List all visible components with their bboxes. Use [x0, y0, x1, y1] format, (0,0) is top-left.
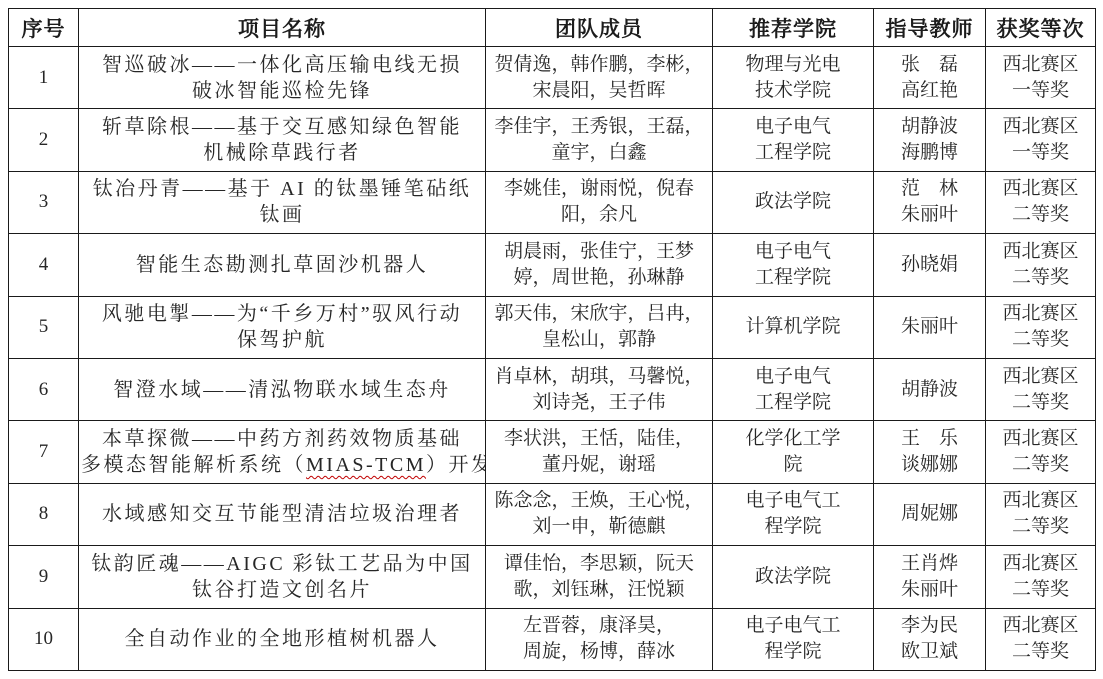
team-members-line: 歌，刘钰琳，汪悦颖 — [490, 577, 708, 603]
college-cell: 电子电气工程学院 — [713, 608, 874, 670]
award-line: 二等奖 — [990, 514, 1091, 540]
college-cell: 电子电气工程学院 — [713, 234, 874, 296]
college-line: 工程学院 — [717, 390, 869, 416]
row-number-cell: 8 — [9, 483, 79, 545]
advisor-line: 胡静波 — [878, 114, 981, 140]
project-name-line: 本草探微——中药方剂药效物质基础 — [81, 426, 483, 452]
college-line: 工程学院 — [717, 265, 869, 291]
college-cell: 物理与光电技术学院 — [713, 47, 874, 109]
award-line: 西北赛区 — [990, 52, 1091, 78]
row-number-cell: 2 — [9, 109, 79, 171]
header-cell-award: 获奖等次 — [986, 9, 1096, 47]
row-number-cell: 1 — [9, 47, 79, 109]
team-members-cell: 李姚佳，谢雨悦，倪春阳，余凡 — [486, 171, 713, 233]
award-line: 二等奖 — [990, 390, 1091, 416]
college-line: 技术学院 — [717, 78, 869, 104]
advisor-line: 朱丽叶 — [878, 202, 981, 228]
row-number-cell: 9 — [9, 546, 79, 608]
team-members-line: 李姚佳，谢雨悦，倪春 — [490, 176, 708, 202]
advisor-line: 范 林 — [878, 176, 981, 202]
advisor-line: 李为民 — [878, 613, 981, 639]
row-number-cell: 10 — [9, 608, 79, 670]
college-line: 院 — [717, 452, 869, 478]
table-body: 1智巡破冰——一体化高压输电线无损破冰智能巡检先锋贺倩逸，韩作鹏，李彬，宋晨阳，… — [9, 47, 1096, 671]
college-line: 政法学院 — [717, 564, 869, 590]
college-line: 电子电气 — [717, 364, 869, 390]
advisor-cell: 周妮娜 — [874, 483, 986, 545]
advisor-cell: 李为民欧卫斌 — [874, 608, 986, 670]
award-cell: 西北赛区二等奖 — [986, 483, 1096, 545]
advisor-cell: 张 磊高红艳 — [874, 47, 986, 109]
row-number-cell: 5 — [9, 296, 79, 358]
college-line: 电子电气 — [717, 114, 869, 140]
project-name-line: 智巡破冰——一体化高压输电线无损 — [81, 52, 483, 78]
college-cell: 电子电气工程学院 — [713, 483, 874, 545]
project-name-line: 风驰电掣——为“千乡万村”驭风行动 — [81, 301, 483, 327]
project-name-cell: 本草探微——中药方剂药效物质基础多模态智能解析系统（MIAS-TCM）开发 — [79, 421, 486, 483]
college-cell: 电子电气工程学院 — [713, 109, 874, 171]
award-cell: 西北赛区二等奖 — [986, 421, 1096, 483]
award-line: 二等奖 — [990, 639, 1091, 665]
college-cell: 化学化工学院 — [713, 421, 874, 483]
project-name-cell: 水域感知交互节能型清洁垃圾治理者 — [79, 483, 486, 545]
award-line: 西北赛区 — [990, 114, 1091, 140]
project-name-cell: 斩草除根——基于交互感知绿色智能机械除草践行者 — [79, 109, 486, 171]
project-name-line: 多模态智能解析系统（MIAS-TCM）开发 — [81, 452, 483, 478]
header-cell-project: 项目名称 — [79, 9, 486, 47]
document-page: 序号 项目名称 团队成员 推荐学院 指导教师 获奖等次 1智巡破冰——一体化高压… — [0, 0, 1103, 679]
award-cell: 西北赛区二等奖 — [986, 546, 1096, 608]
team-members-line: 谭佳怡，李思颖，阮天 — [490, 551, 708, 577]
project-name-line: 智澄水域——清泓物联水域生态舟 — [81, 377, 483, 403]
award-cell: 西北赛区二等奖 — [986, 358, 1096, 420]
award-cell: 西北赛区二等奖 — [986, 171, 1096, 233]
advisor-line: 孙晓娟 — [878, 252, 981, 278]
table-row: 5风驰电掣——为“千乡万村”驭风行动保驾护航郭天伟，宋欣宇，吕冉，皇松山，郭静计… — [9, 296, 1096, 358]
header-cell-advisor: 指导教师 — [874, 9, 986, 47]
project-name-line: 破冰智能巡检先锋 — [81, 78, 483, 104]
table-row: 3钛冶丹青——基于 AI 的钛墨锤笔砧纸钛画李姚佳，谢雨悦，倪春阳，余凡政法学院… — [9, 171, 1096, 233]
advisor-line: 海鹏博 — [878, 140, 981, 166]
award-line: 西北赛区 — [990, 239, 1091, 265]
team-members-line: 阳，余凡 — [490, 202, 708, 228]
team-members-line: 陈念念，王焕，王心悦， — [490, 488, 708, 514]
team-members-cell: 肖卓林，胡琪，马馨悦，刘诗尧，王子伟 — [486, 358, 713, 420]
advisor-line: 欧卫斌 — [878, 639, 981, 665]
header-cell-members: 团队成员 — [486, 9, 713, 47]
project-name-cell: 钛韵匠魂——AIGC 彩钛工艺品为中国钛谷打造文创名片 — [79, 546, 486, 608]
project-name-line: 智能生态勘测扎草固沙机器人 — [81, 252, 483, 278]
college-cell: 电子电气工程学院 — [713, 358, 874, 420]
award-line: 二等奖 — [990, 265, 1091, 291]
college-line: 政法学院 — [717, 189, 869, 215]
advisor-line: 胡静波 — [878, 377, 981, 403]
award-line: 一等奖 — [990, 78, 1091, 104]
team-members-line: 左晋蓉，康泽昊， — [490, 613, 708, 639]
award-line: 西北赛区 — [990, 176, 1091, 202]
project-name-cell: 智能生态勘测扎草固沙机器人 — [79, 234, 486, 296]
project-name-cell: 全自动作业的全地形植树机器人 — [79, 608, 486, 670]
table-row: 7本草探微——中药方剂药效物质基础多模态智能解析系统（MIAS-TCM）开发李状… — [9, 421, 1096, 483]
team-members-line: 董丹妮，谢瑶 — [490, 452, 708, 478]
college-line: 电子电气工 — [717, 488, 869, 514]
award-cell: 西北赛区二等奖 — [986, 296, 1096, 358]
team-members-cell: 谭佳怡，李思颖，阮天歌，刘钰琳，汪悦颖 — [486, 546, 713, 608]
project-name-line: 保驾护航 — [81, 327, 483, 353]
team-members-line: 刘诗尧，王子伟 — [490, 390, 708, 416]
header-row: 序号 项目名称 团队成员 推荐学院 指导教师 获奖等次 — [9, 9, 1096, 47]
project-name-line: 斩草除根——基于交互感知绿色智能 — [81, 114, 483, 140]
team-members-cell: 李状洪，王恬，陆佳，董丹妮，谢瑶 — [486, 421, 713, 483]
award-line: 西北赛区 — [990, 426, 1091, 452]
award-line: 二等奖 — [990, 577, 1091, 603]
team-members-line: 宋晨阳，吴哲晖 — [490, 78, 708, 104]
team-members-line: 李状洪，王恬，陆佳， — [490, 426, 708, 452]
row-number-cell: 6 — [9, 358, 79, 420]
award-cell: 西北赛区二等奖 — [986, 234, 1096, 296]
team-members-line: 童宇，白鑫 — [490, 140, 708, 166]
project-name-cell: 钛冶丹青——基于 AI 的钛墨锤笔砧纸钛画 — [79, 171, 486, 233]
advisor-line: 王肖烨 — [878, 551, 981, 577]
award-cell: 西北赛区一等奖 — [986, 109, 1096, 171]
advisor-cell: 胡静波海鹏博 — [874, 109, 986, 171]
advisor-cell: 范 林朱丽叶 — [874, 171, 986, 233]
award-cell: 西北赛区二等奖 — [986, 608, 1096, 670]
advisor-cell: 孙晓娟 — [874, 234, 986, 296]
advisor-line: 谈娜娜 — [878, 452, 981, 478]
project-name-line: 钛冶丹青——基于 AI 的钛墨锤笔砧纸 — [81, 176, 483, 202]
project-name-line: 钛谷打造文创名片 — [81, 577, 483, 603]
advisor-cell: 王 乐谈娜娜 — [874, 421, 986, 483]
team-members-cell: 陈念念，王焕，王心悦，刘一申，靳德麒 — [486, 483, 713, 545]
college-line: 计算机学院 — [717, 314, 869, 340]
header-cell-college: 推荐学院 — [713, 9, 874, 47]
advisor-line: 周妮娜 — [878, 501, 981, 527]
project-name-line: 全自动作业的全地形植树机器人 — [81, 626, 483, 652]
college-line: 电子电气 — [717, 239, 869, 265]
team-members-line: 李佳宇，王秀银，王磊， — [490, 114, 708, 140]
team-members-line: 婷，周世艳，孙琳静 — [490, 265, 708, 291]
table-row: 6智澄水域——清泓物联水域生态舟肖卓林，胡琪，马馨悦，刘诗尧，王子伟电子电气工程… — [9, 358, 1096, 420]
advisor-cell: 王肖烨朱丽叶 — [874, 546, 986, 608]
team-members-line: 贺倩逸，韩作鹏，李彬， — [490, 52, 708, 78]
college-line: 程学院 — [717, 639, 869, 665]
award-line: 西北赛区 — [990, 301, 1091, 327]
college-cell: 政法学院 — [713, 171, 874, 233]
award-line: 一等奖 — [990, 140, 1091, 166]
team-members-cell: 左晋蓉，康泽昊，周旋，杨博，薛冰 — [486, 608, 713, 670]
award-line: 二等奖 — [990, 202, 1091, 228]
advisor-line: 高红艳 — [878, 78, 981, 104]
award-table: 序号 项目名称 团队成员 推荐学院 指导教师 获奖等次 1智巡破冰——一体化高压… — [8, 8, 1096, 671]
college-line: 电子电气工 — [717, 613, 869, 639]
award-line: 西北赛区 — [990, 488, 1091, 514]
team-members-cell: 李佳宇，王秀银，王磊，童宇，白鑫 — [486, 109, 713, 171]
row-number-cell: 7 — [9, 421, 79, 483]
table-row: 1智巡破冰——一体化高压输电线无损破冰智能巡检先锋贺倩逸，韩作鹏，李彬，宋晨阳，… — [9, 47, 1096, 109]
award-line: 西北赛区 — [990, 613, 1091, 639]
award-line: 二等奖 — [990, 327, 1091, 353]
college-cell: 计算机学院 — [713, 296, 874, 358]
award-line: 二等奖 — [990, 452, 1091, 478]
college-cell: 政法学院 — [713, 546, 874, 608]
project-name-line: 机械除草践行者 — [81, 140, 483, 166]
college-line: 工程学院 — [717, 140, 869, 166]
table-header: 序号 项目名称 团队成员 推荐学院 指导教师 获奖等次 — [9, 9, 1096, 47]
advisor-line: 朱丽叶 — [878, 314, 981, 340]
header-cell-number: 序号 — [9, 9, 79, 47]
row-number-cell: 3 — [9, 171, 79, 233]
project-name-cell: 风驰电掣——为“千乡万村”驭风行动保驾护航 — [79, 296, 486, 358]
team-members-line: 周旋，杨博，薛冰 — [490, 639, 708, 665]
project-name-cell: 智巡破冰——一体化高压输电线无损破冰智能巡检先锋 — [79, 47, 486, 109]
college-line: 物理与光电 — [717, 52, 869, 78]
team-members-cell: 贺倩逸，韩作鹏，李彬，宋晨阳，吴哲晖 — [486, 47, 713, 109]
team-members-line: 胡晨雨，张佳宁，王梦 — [490, 239, 708, 265]
table-row: 9钛韵匠魂——AIGC 彩钛工艺品为中国钛谷打造文创名片谭佳怡，李思颖，阮天歌，… — [9, 546, 1096, 608]
team-members-cell: 胡晨雨，张佳宁，王梦婷，周世艳，孙琳静 — [486, 234, 713, 296]
table-row: 8水域感知交互节能型清洁垃圾治理者陈念念，王焕，王心悦，刘一申，靳德麒电子电气工… — [9, 483, 1096, 545]
college-line: 程学院 — [717, 514, 869, 540]
table-row: 10全自动作业的全地形植树机器人左晋蓉，康泽昊，周旋，杨博，薛冰电子电气工程学院… — [9, 608, 1096, 670]
team-members-line: 刘一申，靳德麒 — [490, 514, 708, 540]
award-cell: 西北赛区一等奖 — [986, 47, 1096, 109]
award-line: 西北赛区 — [990, 364, 1091, 390]
project-name-line: 钛韵匠魂——AIGC 彩钛工艺品为中国 — [81, 551, 483, 577]
advisor-line: 王 乐 — [878, 426, 981, 452]
advisor-cell: 朱丽叶 — [874, 296, 986, 358]
table-row: 4智能生态勘测扎草固沙机器人胡晨雨，张佳宁，王梦婷，周世艳，孙琳静电子电气工程学… — [9, 234, 1096, 296]
project-name-line: 钛画 — [81, 202, 483, 228]
project-name-line: 水域感知交互节能型清洁垃圾治理者 — [81, 501, 483, 527]
college-line: 化学化工学 — [717, 426, 869, 452]
team-members-line: 肖卓林，胡琪，马馨悦， — [490, 364, 708, 390]
team-members-line: 郭天伟，宋欣宇，吕冉， — [490, 301, 708, 327]
advisor-line: 朱丽叶 — [878, 577, 981, 603]
team-members-cell: 郭天伟，宋欣宇，吕冉，皇松山，郭静 — [486, 296, 713, 358]
project-name-cell: 智澄水域——清泓物联水域生态舟 — [79, 358, 486, 420]
spellcheck-flagged-text: MIAS-TCM — [306, 454, 426, 476]
award-line: 西北赛区 — [990, 551, 1091, 577]
row-number-cell: 4 — [9, 234, 79, 296]
advisor-line: 张 磊 — [878, 52, 981, 78]
table-row: 2斩草除根——基于交互感知绿色智能机械除草践行者李佳宇，王秀银，王磊，童宇，白鑫… — [9, 109, 1096, 171]
advisor-cell: 胡静波 — [874, 358, 986, 420]
team-members-line: 皇松山，郭静 — [490, 327, 708, 353]
